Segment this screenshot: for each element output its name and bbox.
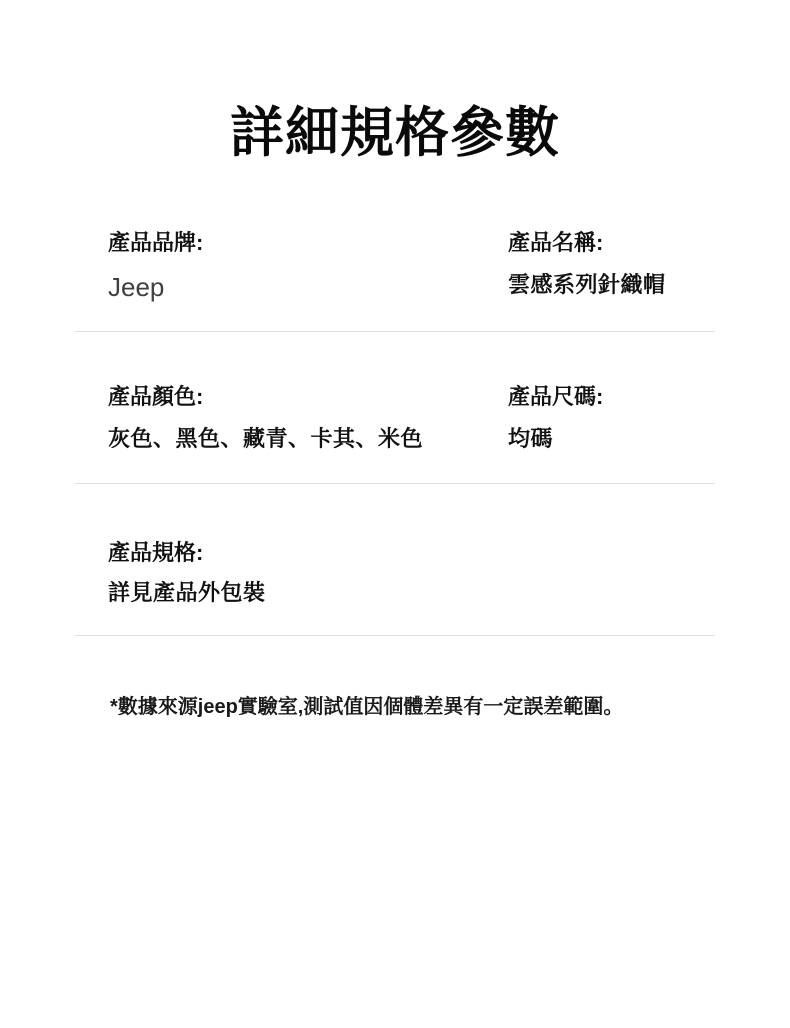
spec-value-color: 灰色、黑色、藏青、卡其、米色	[108, 426, 508, 452]
spec-label-name: 產品名稱:	[508, 230, 715, 256]
spec-value-name: 雲感系列針織帽	[508, 272, 715, 298]
spec-item-specification: 產品規格: 詳見產品外包裝	[108, 540, 715, 607]
spec-row-specification: 產品規格: 詳見產品外包裝	[75, 484, 715, 635]
spec-label-color: 產品顏色:	[108, 384, 508, 410]
spec-row-color-size: 產品顏色: 灰色、黑色、藏青、卡其、米色 產品尺碼: 均碼	[75, 332, 715, 483]
spec-label-specification: 產品規格:	[108, 540, 715, 566]
spec-content: 產品品牌: Jeep 產品名稱: 雲感系列針織帽 產品顏色: 灰色、黑色、藏青、…	[75, 168, 715, 720]
divider-3	[75, 635, 715, 636]
page-title: 詳細規格參數	[0, 0, 790, 168]
spec-value-brand: Jeep	[108, 272, 508, 303]
spec-item-color: 產品顏色: 灰色、黑色、藏青、卡其、米色	[108, 384, 508, 453]
spec-item-size: 產品尺碼: 均碼	[508, 384, 715, 453]
spec-value-specification: 詳見產品外包裝	[108, 580, 715, 606]
spec-label-size: 產品尺碼:	[508, 384, 715, 410]
spec-item-name: 產品名稱: 雲感系列針織帽	[508, 230, 715, 304]
spec-row-brand-name: 產品品牌: Jeep 產品名稱: 雲感系列針織帽	[75, 168, 715, 332]
spec-value-size: 均碼	[508, 426, 715, 452]
spec-label-brand: 產品品牌:	[108, 230, 508, 256]
product-spec-page: 詳細規格參數 產品品牌: Jeep 產品名稱: 雲感系列針織帽 產品顏色: 灰色…	[0, 0, 790, 1028]
data-source-footnote: *數據來源jeep實驗室,測試值因個體差異有一定誤差範圍。	[75, 694, 715, 720]
spec-item-brand: 產品品牌: Jeep	[108, 230, 508, 304]
